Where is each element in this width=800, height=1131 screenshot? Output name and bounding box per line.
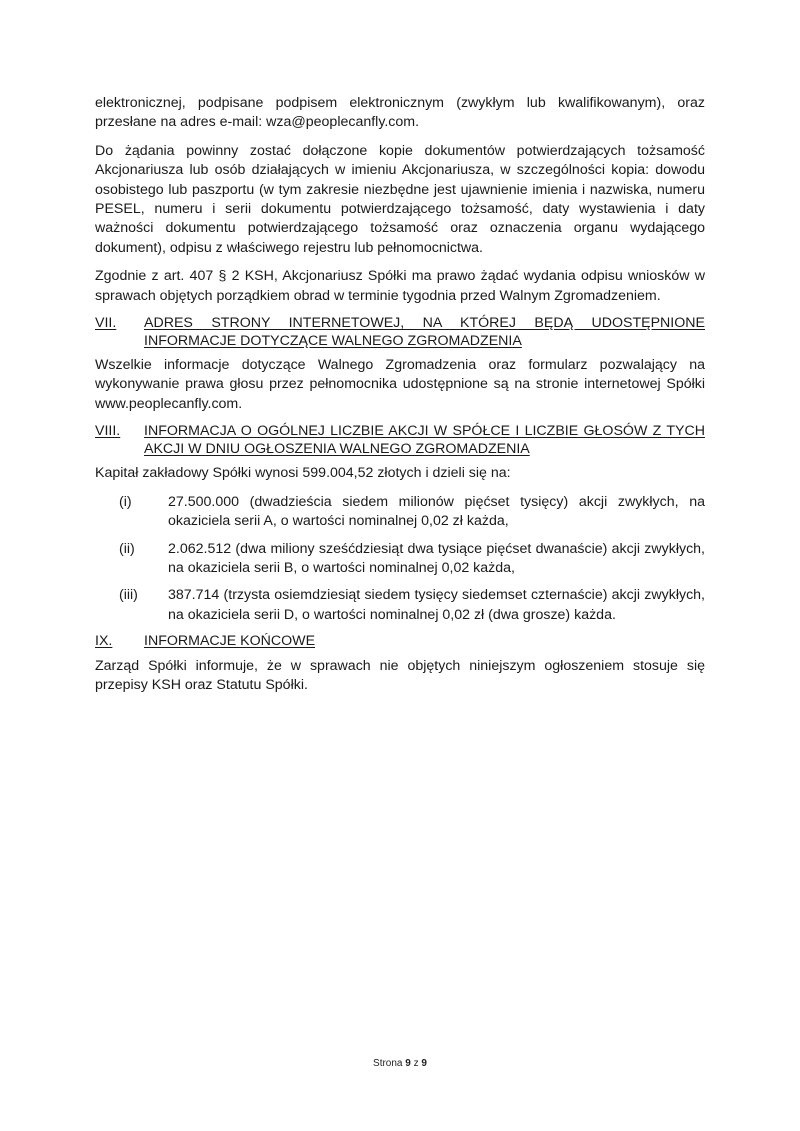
section-heading-ix: IX. INFORMACJE KOŃCOWE	[95, 633, 705, 651]
section-heading-viii: VIII. INFORMACJA O OGÓLNEJ LICZBIE AKCJI…	[95, 423, 705, 458]
section-number: VIII.	[95, 423, 144, 458]
paragraph-ksh-article-407: Zgodnie z art. 407 § 2 KSH, Akcjonariusz…	[95, 267, 705, 306]
section-title: INFORMACJE KOŃCOWE	[144, 633, 705, 651]
list-marker: (ii)	[95, 540, 168, 579]
list-item: (iii) 387.714 (trzysta osiemdziesiąt sie…	[95, 586, 705, 625]
section-title: ADRES STRONY INTERNETOWEJ, NA KTÓREJ BĘD…	[144, 315, 705, 350]
page-label: Strona	[373, 1058, 402, 1069]
list-item: (i) 27.500.000 (dwadzieścia siedem milio…	[95, 493, 705, 532]
section-vii-body: Wszelkie informacje dotyczące Walnego Zg…	[95, 356, 705, 414]
section-title: INFORMACJA O OGÓLNEJ LICZBIE AKCJI W SPÓ…	[144, 423, 705, 458]
list-marker: (i)	[95, 493, 168, 532]
paragraph-submission-method: elektronicznej, podpisane podpisem elekt…	[95, 94, 705, 133]
document-page: elektronicznej, podpisane podpisem elekt…	[95, 94, 705, 704]
section-number: IX.	[95, 633, 144, 651]
page-footer: Strona 9 z 9	[0, 1058, 800, 1069]
list-text: 27.500.000 (dwadzieścia siedem milionów …	[168, 493, 705, 532]
paragraph-identity-documents: Do żądania powinny zostać dołączone kopi…	[95, 142, 705, 258]
list-item: (ii) 2.062.512 (dwa miliony sześćdziesią…	[95, 540, 705, 579]
section-viii-body: Kapitał zakładowy Spółki wynosi 599.004,…	[95, 464, 705, 483]
section-number: VII.	[95, 315, 144, 350]
list-text: 387.714 (trzysta osiemdziesiąt siedem ty…	[168, 586, 705, 625]
page-separator: z	[414, 1058, 419, 1069]
section-ix-body: Zarząd Spółki informuje, że w sprawach n…	[95, 657, 705, 696]
share-series-list: (i) 27.500.000 (dwadzieścia siedem milio…	[95, 493, 705, 625]
list-marker: (iii)	[95, 586, 168, 625]
current-page-number: 9	[405, 1058, 411, 1069]
total-pages-number: 9	[421, 1058, 427, 1069]
list-text: 2.062.512 (dwa miliony sześćdziesiąt dwa…	[168, 540, 705, 579]
section-heading-vii: VII. ADRES STRONY INTERNETOWEJ, NA KTÓRE…	[95, 315, 705, 350]
